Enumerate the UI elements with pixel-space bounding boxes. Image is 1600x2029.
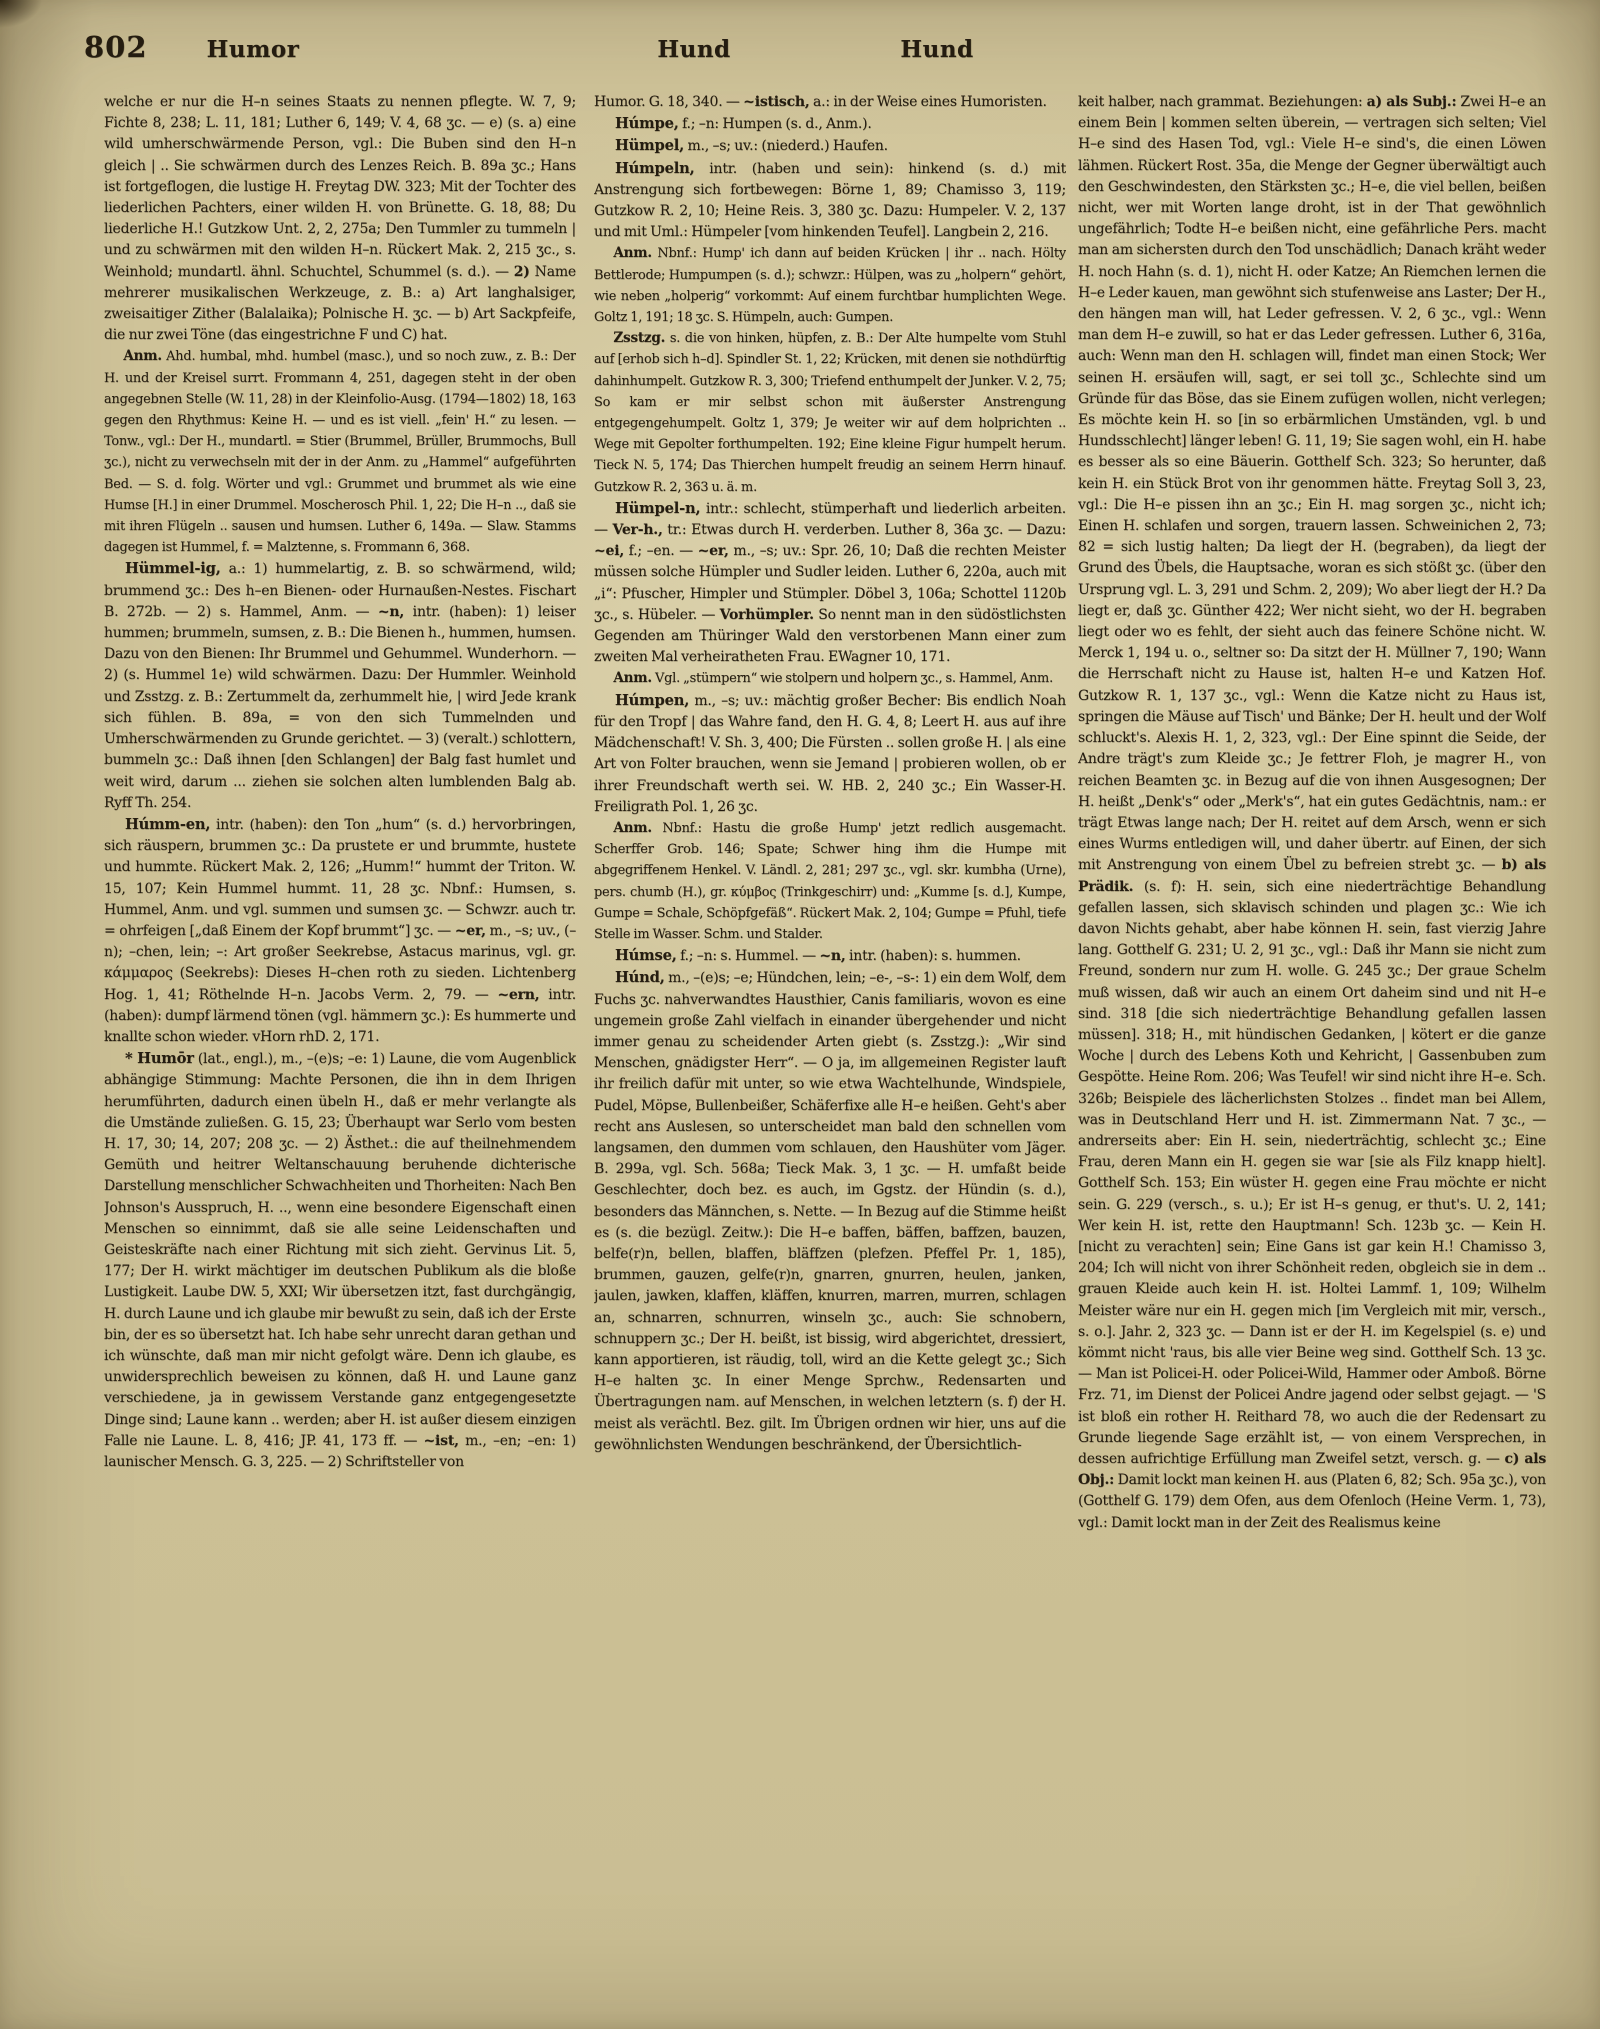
headword: Anm.	[613, 245, 652, 261]
headword: Húmpeln,	[615, 160, 694, 177]
bold-run: ~er,	[698, 543, 729, 559]
headword: Hümpel,	[615, 137, 684, 154]
headword: Anm.	[613, 820, 652, 836]
headword: Húmm-en,	[125, 816, 210, 833]
headword: Anm.	[123, 348, 162, 364]
headword: Húmse,	[615, 947, 677, 964]
bold-run: Ver-h.,	[612, 522, 662, 538]
entry-paragraph: welche er nur die H–n seines Staats zu n…	[104, 92, 576, 346]
page-number: 802	[84, 30, 148, 64]
entry-paragraph: keit halber, nach grammat. Beziehungen: …	[1078, 92, 1546, 1534]
entry-paragraph: Anm. Nbnf.: Hump' ich dann auf beiden Kr…	[594, 243, 1066, 328]
headword: Anm.	[613, 670, 652, 686]
entry-paragraph: Húmse, f.; –n: s. Hummel. — ~n, intr. (h…	[594, 945, 1066, 967]
bold-run: 2)	[514, 264, 530, 280]
entry-paragraph: Húnd, m., –(e)s; –e; Hündchen, lein; –e-…	[594, 967, 1066, 1456]
running-head-humor: Humor	[207, 36, 300, 63]
running-head-hund-right: Hund	[900, 36, 973, 63]
entry-paragraph: Húmm-en, intr. (haben): den Ton „hum“ (s…	[104, 814, 576, 1048]
bold-run: ~ist,	[423, 1433, 458, 1449]
headword: Hümmel-ig,	[125, 560, 221, 577]
entry-paragraph: Hümmel-ig, a.: 1) hummelartig, z. B. so …	[104, 558, 576, 813]
running-head-hund-left: Hund	[657, 36, 730, 63]
bold-run: a) als Subj.:	[1367, 94, 1457, 110]
column-1: welche er nur die H–n seines Staats zu n…	[104, 92, 576, 1988]
bold-run: Vorhümpler.	[720, 607, 814, 623]
headword: * Humōr	[125, 1050, 194, 1067]
column-3: keit halber, nach grammat. Beziehungen: …	[1078, 92, 1546, 1988]
entry-paragraph: Humor. G. 18, 340. — ~istisch, a.: in de…	[594, 92, 1066, 113]
bold-run: b) als Prädik.	[1078, 857, 1546, 894]
headword: Hümpel-n,	[615, 500, 700, 517]
headword: Húmpen,	[615, 692, 689, 709]
bold-run: ~ei,	[594, 543, 624, 559]
entry-paragraph: Húmpeln, intr. (haben und sein): hinkend…	[594, 158, 1066, 244]
entry-paragraph: Anm. Nbnf.: Hastu die große Hump' jetzt …	[594, 818, 1066, 945]
headword: Húmpe,	[615, 115, 679, 132]
bold-run: ~n,	[819, 948, 845, 964]
entry-paragraph: Hümpel, m., –s; uv.: (niederd.) Haufen.	[594, 135, 1066, 157]
entry-paragraph: Anm. Vgl. „stümpern“ wie stolpern und ho…	[594, 668, 1066, 689]
entry-paragraph: Húmpen, m., –s; uv.: mächtig großer Bech…	[594, 690, 1066, 818]
bold-run: ~ern,	[497, 987, 539, 1003]
entry-paragraph: Húmpe, f.; –n: Humpen (s. d., Anm.).	[594, 113, 1066, 135]
entry-paragraph: * Humōr (lat., engl.), m., –(e)s; –e: 1)…	[104, 1048, 576, 1473]
bold-run: c) als Obj.:	[1078, 1451, 1546, 1488]
page-header: 802 Humor Hund Hund	[0, 0, 1600, 90]
headword: Húnd,	[615, 969, 665, 986]
headword: Zsstzg.	[613, 330, 665, 346]
dictionary-page: 802 Humor Hund Hund welche er nur die H–…	[0, 0, 1600, 2029]
entry-paragraph: Zsstzg. s. die von hinken, hüpfen, z. B.…	[594, 328, 1066, 498]
bold-run: ~er,	[455, 923, 486, 939]
bold-run: ~n,	[378, 604, 404, 620]
entry-paragraph: Hümpel-n, intr.: schlecht, stümperhaft u…	[594, 498, 1066, 669]
entry-paragraph: Anm. Ahd. humbal, mhd. humbel (masc.), u…	[104, 346, 576, 558]
bold-run: ~istisch,	[743, 94, 809, 110]
column-2: Humor. G. 18, 340. — ~istisch, a.: in de…	[594, 92, 1066, 1988]
